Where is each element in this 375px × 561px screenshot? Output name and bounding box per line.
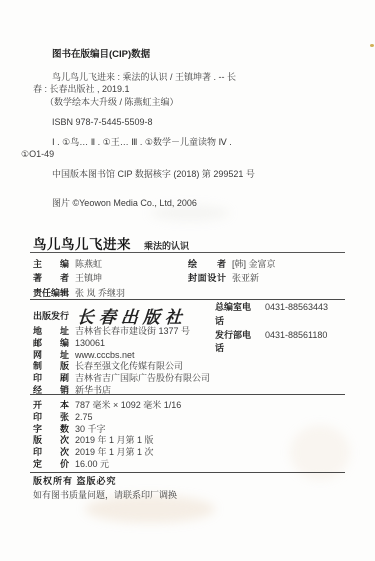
credit-row-cover-design: 封面设计 张亚新 <box>188 271 276 285</box>
divider <box>30 252 345 253</box>
cip-classification-line1: Ⅰ . ①鸟… Ⅱ . ①王… Ⅲ . ①数学－儿童读物 Ⅳ . <box>33 136 348 149</box>
copyright-block: 版权所有 盗版必究 如有图书质量问题，请联系印厂调换 <box>33 475 348 501</box>
info-row-printing: 印刷 吉林省吉广国际广告股份有限公司 <box>33 373 348 385</box>
spec-row-price: 定价 16.00 元 <box>33 459 348 471</box>
phone-row-editorial: 总编室电话 0431-88563443 <box>215 301 328 329</box>
info-label: 网址 <box>33 350 69 362</box>
credit-value: [韩] 金富京 <box>232 257 276 271</box>
cip-data-block: 图书在版编目(CIP)数据 鸟儿鸟儿飞进来 : 乘法的认识 / 王镇坤著 . -… <box>33 49 348 210</box>
divider <box>30 472 345 473</box>
info-label: 地址 <box>33 326 69 338</box>
spec-row-wordcount: 字数 30 千字 <box>33 424 348 436</box>
info-label: 制版 <box>33 361 69 373</box>
credit-label: 著者 <box>33 271 69 285</box>
cip-heading: 图书在版编目(CIP)数据 <box>33 49 348 62</box>
book-title: 鸟儿鸟儿飞进来 <box>33 233 131 253</box>
spec-value: 787 毫米 × 1092 毫米 1/16 <box>75 400 181 412</box>
info-value: 130061 <box>75 338 105 350</box>
cip-entry-line1: 鸟儿鸟儿飞进来 : 乘法的认识 / 王镇坤著 . -- 长 <box>33 71 348 84</box>
spec-row-format: 开本 787 毫米 × 1092 毫米 1/16 <box>33 400 348 412</box>
info-label: 邮编 <box>33 338 69 350</box>
spec-row-impression: 印次 2019 年 1 月第 1 次 <box>33 447 348 459</box>
spec-label: 印次 <box>33 447 69 459</box>
spec-row-edition: 版次 2019 年 1 月第 1 版 <box>33 435 348 447</box>
spec-row-sheets: 印张 2.75 <box>33 412 348 424</box>
publisher-logotype: 长春出版社 <box>76 303 188 328</box>
info-value: www.cccbs.net <box>75 350 135 362</box>
info-row-postcode: 邮编 130061 <box>33 338 348 350</box>
info-label: 印刷 <box>33 373 69 385</box>
spec-label: 开本 <box>33 400 69 412</box>
publisher-row: 出版发行 长春出版社 <box>33 303 187 328</box>
quality-note: 如有图书质量问题，请联系印厂调换 <box>33 489 348 502</box>
title-block: 鸟儿鸟儿飞进来 乘法的认识 <box>33 233 189 253</box>
spec-value: 16.00 元 <box>75 459 109 471</box>
credit-label: 绘者 <box>188 257 226 271</box>
publisher-info-block: 地址 吉林省长春市建设街 1377 号 邮编 130061 网址 www.ccc… <box>33 326 348 397</box>
info-row-platemaking: 制版 长春至强文化传媒有限公司 <box>33 361 348 373</box>
cip-classification-line2: ①O1-49 <box>21 148 348 161</box>
credit-value: 张 岚 乔继羽 <box>75 286 125 300</box>
credits-block: 主编 陈燕虹 著者 王镇坤 责任编辑 张 岚 乔继羽 绘者 [韩] 金富京 封面… <box>33 257 348 300</box>
isbn-number: ISBN 978-7-5445-5509-8 <box>33 116 348 129</box>
credit-label: 主编 <box>33 257 69 271</box>
book-subtitle: 乘法的认识 <box>144 239 189 252</box>
credits-right-column: 绘者 [韩] 金富京 封面设计 张亚新 <box>188 257 276 286</box>
publisher-label: 出版发行 <box>33 309 69 322</box>
spec-label: 字数 <box>33 424 69 436</box>
phone-label: 总编室电话 <box>215 301 259 329</box>
spec-value: 2019 年 1 月第 1 版 <box>75 435 154 447</box>
spec-value: 2.75 <box>75 412 93 424</box>
divider <box>30 394 345 395</box>
spec-value: 2019 年 1 月第 1 次 <box>75 447 154 459</box>
info-value: 长春至强文化传媒有限公司 <box>75 361 183 373</box>
info-value: 吉林省吉广国际广告股份有限公司 <box>75 373 210 385</box>
phone-number: 0431-88563443 <box>265 301 328 315</box>
credit-value: 陈燕虹 <box>75 257 102 271</box>
cip-entry-line2: 春 : 长春出版社 , 2019.1 <box>33 83 348 96</box>
image-credit: 图片 ©Yeowon Media Co., Ltd, 2006 <box>33 197 348 210</box>
scan-speck <box>370 44 374 47</box>
info-value: 吉林省长春市建设街 1377 号 <box>75 326 190 338</box>
cip-record-number: 中国版本图书馆 CIP 数据核字 (2018) 第 299521 号 <box>33 168 348 181</box>
credit-value: 王镇坤 <box>75 271 102 285</box>
cip-series-note: （数学绘本大升级 / 陈燕虹主编） <box>33 96 348 109</box>
spec-value: 30 千字 <box>75 424 106 436</box>
copyright-page: 图书在版编目(CIP)数据 鸟儿鸟儿飞进来 : 乘法的认识 / 王镇坤著 . -… <box>0 0 375 561</box>
credit-row-responsible-editor: 责任编辑 张 岚 乔继羽 <box>33 286 348 300</box>
credit-label: 封面设计 <box>188 271 226 285</box>
credit-label: 责任编辑 <box>33 286 69 300</box>
credit-value: 张亚新 <box>232 271 259 285</box>
spec-label: 印张 <box>33 412 69 424</box>
copyright-notice: 版权所有 盗版必究 <box>33 475 348 488</box>
credit-row-illustrator: 绘者 [韩] 金富京 <box>188 257 276 271</box>
info-row-website: 网址 www.cccbs.net <box>33 350 348 362</box>
info-row-address: 地址 吉林省长春市建设街 1377 号 <box>33 326 348 338</box>
print-spec-block: 开本 787 毫米 × 1092 毫米 1/16 印张 2.75 字数 30 千… <box>33 400 348 471</box>
spec-label: 定价 <box>33 459 69 471</box>
spec-label: 版次 <box>33 435 69 447</box>
